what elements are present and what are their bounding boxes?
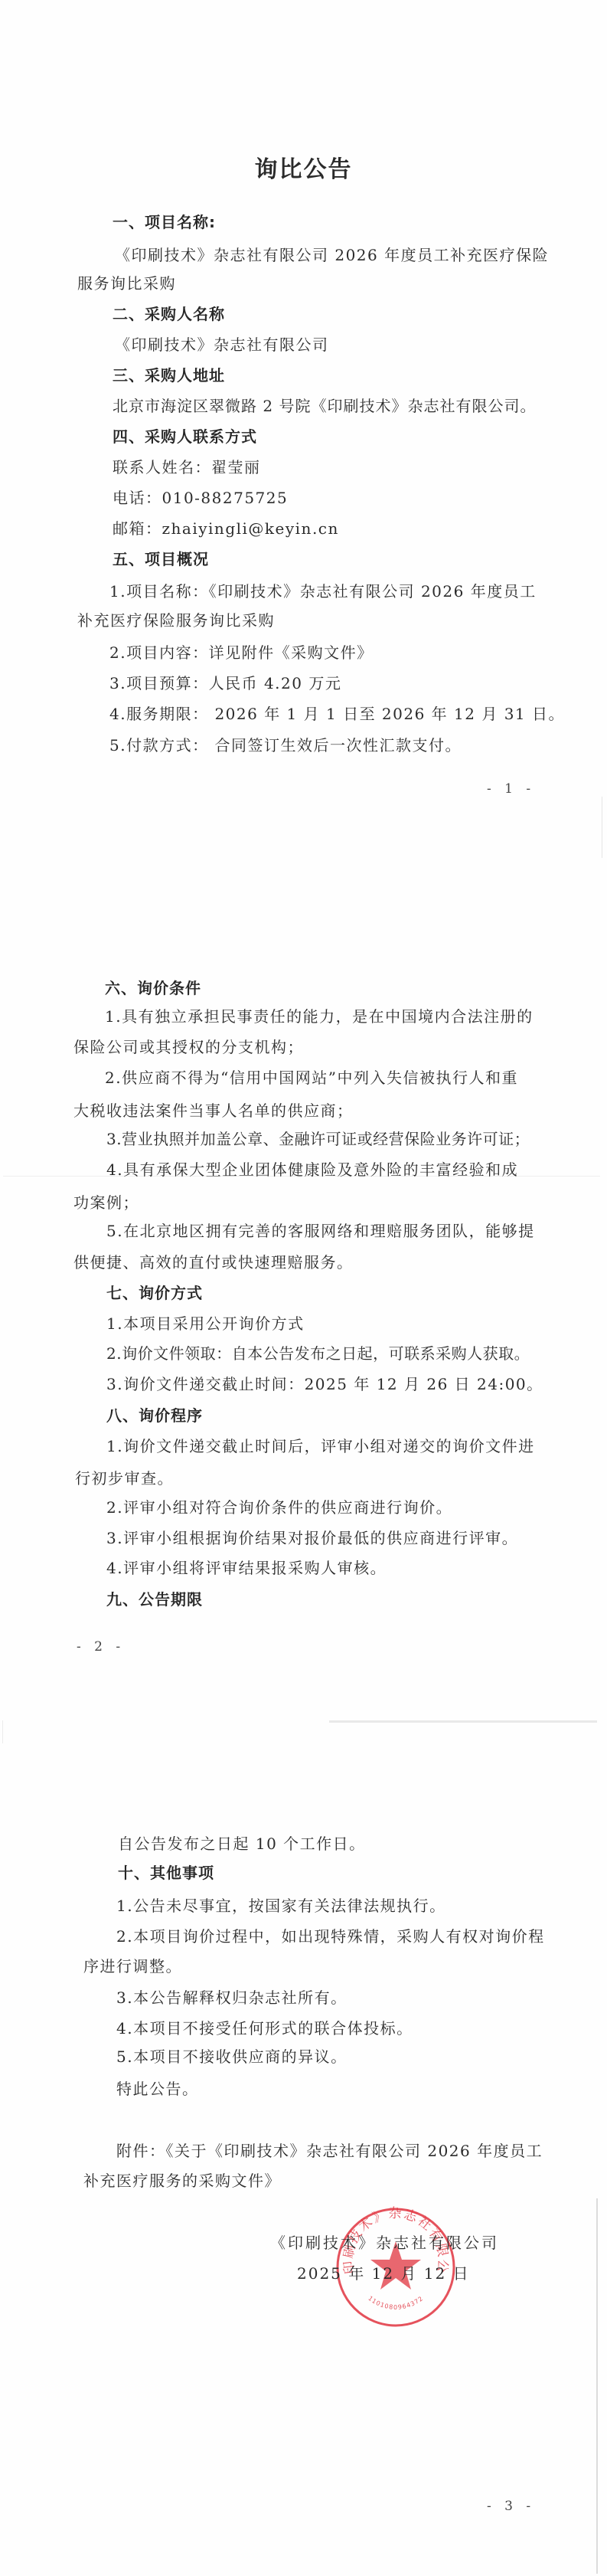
- page-separator-2: [329, 1720, 597, 1723]
- body-line: 4.本项目不接受任何形式的联合体投标。: [116, 2019, 413, 2038]
- body-line: 1.公告未尽事宜，按国家有关法律法规执行。: [116, 1897, 446, 1915]
- body-line: 1.本项目采用公开询价方式: [106, 1314, 305, 1333]
- page-edge-right-1: [602, 797, 602, 858]
- body-line: 保险公司或其授权的分支机构；: [73, 1038, 304, 1056]
- contact-name: 联系人姓名：翟莹丽: [113, 458, 261, 476]
- body-line: 补充医疗保险服务询比采购: [77, 611, 275, 630]
- section-heading: 八、询价程序: [106, 1406, 203, 1425]
- body-line: 5.本项目不接收供应商的异议。: [116, 2047, 348, 2066]
- attachment-line: 补充医疗服务的采购文件》: [83, 2172, 281, 2190]
- page-edge-right-3: [596, 2198, 598, 2574]
- body-line: 1.具有独立承担民事责任的能力，是在中国境内合法注册的: [105, 1007, 534, 1026]
- body-line: 供便捷、高效的直付或快速理赔服务。: [73, 1253, 354, 1272]
- body-line: 《印刷技术》杂志社有限公司: [115, 336, 329, 354]
- body-line: 2.本项目询价过程中，如出现特殊情，采购人有权对询价程: [116, 1927, 545, 1946]
- page-edge-left-3: [2, 1720, 3, 1743]
- body-line: 北京市海淀区翠微路 2 号院《印刷技术》杂志社有限公司。: [113, 397, 536, 415]
- body-line: 功案例；: [73, 1193, 139, 1212]
- section-heading: 六、询价条件: [105, 979, 201, 997]
- page-number: - 2 -: [77, 1639, 125, 1655]
- body-line: 4.具有承保大型企业团体健康险及意外险的丰富经验和成: [106, 1160, 518, 1179]
- section-heading: 十、其他事项: [118, 1864, 214, 1882]
- section-heading: 一、项目名称:: [113, 213, 216, 231]
- body-line: 2.供应商不得为“信用中国网站”中列入失信被执行人和重: [105, 1069, 518, 1087]
- signature-organization: 《印刷技术》杂志社有限公司: [270, 2234, 499, 2252]
- attachment-line: 附件：《关于《印刷技术》杂志社有限公司 2026 年度员工: [116, 2142, 543, 2160]
- body-line: 《印刷技术》杂志社有限公司 2026 年度员工补充医疗保险: [115, 246, 549, 264]
- body-line: 3.项目预算：人民币 4.20 万元: [109, 674, 341, 692]
- body-line: 4.评审小组将评审结果报采购人审核。: [106, 1559, 387, 1577]
- page-number: - 1 -: [487, 781, 535, 797]
- body-line: 3.询价文件递交截止时间：2025 年 12 月 26 日 24:00。: [106, 1375, 543, 1393]
- body-line: 4.服务期限： 2026 年 1 月 1 日至 2026 年 12 月 31 日…: [109, 705, 565, 723]
- closing-line: 特此公告。: [116, 2080, 199, 2098]
- body-line: 2.项目内容：详见附件《采购文件》: [109, 643, 374, 662]
- body-line: 3.营业执照并加盖公章、金融许可证或经营保险业务许可证；: [106, 1130, 530, 1148]
- section-heading: 三、采购人地址: [113, 366, 225, 385]
- section-heading: 九、公告期限: [106, 1590, 203, 1609]
- document-title: 询比公告: [0, 150, 607, 184]
- body-line: 1.项目名称：《印刷技术》杂志社有限公司 2026 年度员工: [109, 582, 537, 601]
- page-number: - 3 -: [487, 2499, 535, 2514]
- section-heading: 七、询价方式: [106, 1284, 203, 1302]
- body-line: 5.在北京地区拥有完善的客服网络和理赔服务团队，能够提: [106, 1222, 535, 1240]
- body-line: 行初步审查。: [75, 1469, 174, 1488]
- body-line: 自公告发布之日起 10 个工作日。: [118, 1835, 366, 1853]
- body-line: 2.评审小组对符合询价条件的供应商进行询价。: [106, 1498, 452, 1517]
- body-line: 大税收违法案件当事人名单的供应商；: [73, 1101, 354, 1120]
- signature-date: 2025 年 12 月 12 日: [297, 2264, 470, 2283]
- svg-text:1101080964372: 1101080964372: [367, 2295, 425, 2311]
- contact-phone: 电话：010-88275725: [113, 489, 288, 507]
- section-heading: 二、采购人名称: [113, 305, 225, 323]
- body-line: 3.本公告解释权归杂志社所有。: [116, 1988, 348, 2007]
- body-line: 服务询比采购: [77, 274, 176, 293]
- body-line: 1.询价文件递交截止时间后，评审小组对递交的询价文件进: [106, 1437, 535, 1455]
- document-scan: 询比公告 一、项目名称: 《印刷技术》杂志社有限公司 2026 年度员工补充医疗…: [0, 0, 607, 2576]
- body-line: 5.付款方式： 合同签订生效后一次性汇款支付。: [109, 736, 462, 754]
- contact-email: 邮箱：zhaiyingli@keyin.cn: [113, 519, 339, 538]
- section-heading: 四、采购人联系方式: [113, 427, 257, 446]
- body-line: 序进行调整。: [83, 1957, 182, 1975]
- section-heading: 五、项目概况: [113, 550, 209, 568]
- body-line: 2.询价文件领取：自本公告发布之日起，可联系采购人获取。: [106, 1344, 530, 1363]
- body-line: 3.评审小组根据询价结果对报价最低的供应商进行评审。: [106, 1529, 518, 1547]
